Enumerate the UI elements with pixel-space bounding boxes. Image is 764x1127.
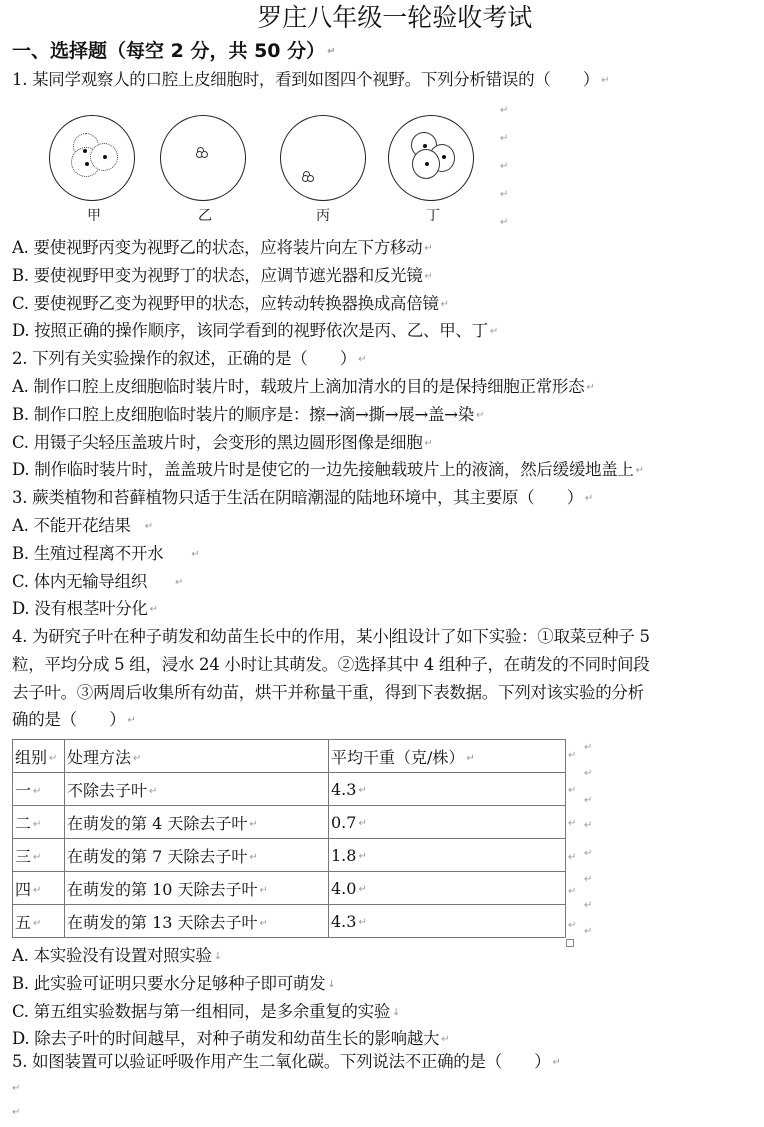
- paragraph-mark-icon: ↵: [500, 217, 508, 228]
- paragraph-mark-icon: ↵: [584, 900, 592, 911]
- table-header-row: 组别↵ 处理方法↵ 平均干重（克/株）↵: [13, 740, 566, 773]
- paragraph-mark-icon: ↵: [584, 874, 592, 885]
- field-label-ding: 丁: [426, 205, 440, 225]
- paragraph-mark-icon: ↵: [584, 820, 592, 831]
- question-3-stem: 3. 蕨类植物和苔藓植物只适于生活在阴暗潮湿的陆地环境中，其主要原（ ）↵: [12, 486, 593, 511]
- table-cell: 一↵: [13, 773, 65, 806]
- table-cell: 不除去子叶↵: [65, 773, 329, 806]
- paragraph-mark-icon: ↵: [584, 742, 592, 753]
- paragraph-mark-icon: ↵: [145, 521, 153, 532]
- field-yi: [160, 115, 246, 201]
- question-4-option-c: C. 第五组实验数据与第一组相同，是多余重复的实验↓: [12, 1000, 400, 1025]
- field-bing: [280, 115, 366, 201]
- section-heading: 一、选择题（每空 2 分，共 50 分）↵: [12, 38, 336, 65]
- paragraph-mark-icon: ↵: [586, 382, 594, 393]
- paragraph-mark-icon: ↵: [127, 715, 135, 726]
- table-row: 五↵ 在萌发的第 13 天除去子叶↵ 4.3↵: [13, 905, 566, 938]
- paragraph-mark-icon: ↵: [500, 161, 508, 172]
- table-cell: 4.3↵: [329, 773, 566, 806]
- paragraph-mark-icon: ↵: [358, 354, 366, 365]
- paragraph-mark-icon: ↵: [584, 926, 592, 937]
- paragraph-mark-icon: ↵: [424, 243, 432, 254]
- question-2-option-b: B. 制作口腔上皮细胞临时装片的顺序是：擦→滴→撕→展→盖→染↵: [12, 403, 484, 428]
- experiment-data-table: 组别↵ 处理方法↵ 平均干重（克/株）↵ 一↵ 不除去子叶↵ 4.3↵ 二↵ 在…: [12, 739, 566, 938]
- paragraph-mark-icon: ↵: [568, 852, 576, 863]
- table-cell: 四↵: [13, 872, 65, 905]
- table-header-cell: 平均干重（克/株）↵: [329, 740, 566, 773]
- microscope-fields-figure: 甲 乙 丙 丁: [40, 108, 480, 226]
- paragraph-mark-icon: ↵: [12, 1107, 20, 1118]
- paragraph-mark-icon: ↵: [636, 465, 644, 476]
- paragraph-mark-icon: ↵: [568, 785, 576, 796]
- paragraph-mark-icon: ↵: [424, 438, 432, 449]
- question-4-stem-line-3: 去子叶。③两周后收集所有幼苗，烘干并称量干重，得到下表数据。下列对该实验的分析: [12, 681, 644, 705]
- table-cell: 五↵: [13, 905, 65, 938]
- question-3-option-c: C. 体内无输导组织↵: [12, 570, 183, 595]
- table-header-cell: 组别↵: [13, 740, 65, 773]
- table-cell: 二↵: [13, 806, 65, 839]
- paragraph-mark-icon: ↵: [12, 1083, 20, 1094]
- paragraph-mark-icon: ↵: [441, 299, 449, 310]
- question-1-option-a: A. 要使视野丙变为视野乙的状态，应将装片向左下方移动↵: [12, 236, 432, 261]
- table-cell: 三↵: [13, 839, 65, 872]
- paragraph-mark-icon: ↵: [568, 920, 576, 931]
- question-4-stem-line-1: 4. 为研究子叶在种子萌发和幼苗生长中的作用，某小组设计了如下实验：①取菜豆种子…: [12, 625, 650, 649]
- table-cell: 4.3↵: [329, 905, 566, 938]
- paragraph-mark-icon: ↵: [327, 46, 335, 57]
- table-row: 一↵ 不除去子叶↵ 4.3↵: [13, 773, 566, 806]
- paragraph-mark-icon: ↵: [191, 549, 199, 560]
- question-2-option-d: D. 制作临时装片时，盖盖玻片时是使它的一边先接触载玻片上的液滴，然后缓缓地盖上…: [12, 458, 644, 483]
- paragraph-mark-icon: ↵: [553, 1057, 561, 1068]
- paragraph-mark-icon: ↵: [500, 105, 508, 116]
- paragraph-mark-icon: ↵: [568, 750, 576, 761]
- paragraph-mark-icon: ↵: [476, 410, 484, 421]
- field-jia: [49, 115, 135, 201]
- paragraph-mark-icon: ↵: [150, 604, 158, 615]
- paragraph-mark-icon: ↵: [441, 1034, 449, 1045]
- question-4-option-a: A. 本实验没有设置对照实验↓: [12, 944, 222, 969]
- table-row: 二↵ 在萌发的第 4 天除去子叶↵ 0.7↵: [13, 806, 566, 839]
- table-cell: 在萌发的第 4 天除去子叶↵: [65, 806, 329, 839]
- text-cursor: [390, 628, 391, 648]
- question-1-option-b: B. 要使视野甲变为视野丁的状态，应调节遮光器和反光镜↵: [12, 264, 433, 289]
- question-2-stem: 2. 下列有关实验操作的叙述，正确的是（ ）↵: [12, 347, 366, 372]
- table-cell: 在萌发的第 10 天除去子叶↵: [65, 872, 329, 905]
- table-cell: 4.0↵: [329, 872, 566, 905]
- paragraph-mark-icon: ↵: [584, 848, 592, 859]
- question-3-option-a: A. 不能开花结果↵: [12, 514, 153, 539]
- paragraph-mark-icon: ↵: [500, 189, 508, 200]
- question-1-stem: 1. 某同学观察人的口腔上皮细胞时，看到如图四个视野。下列分析错误的（ ）↵: [12, 68, 609, 93]
- table-cell: 0.7↵: [329, 806, 566, 839]
- field-label-bing: 丙: [316, 205, 330, 225]
- paragraph-mark-icon: ↵: [584, 795, 592, 806]
- field-ding: [388, 115, 474, 201]
- table-cell: 1.8↵: [329, 839, 566, 872]
- table-cell: 在萌发的第 13 天除去子叶↵: [65, 905, 329, 938]
- table-header-cell: 处理方法↵: [65, 740, 329, 773]
- question-2-option-c: C. 用镊子尖轻压盖玻片时，会变形的黑边圆形图像是细胞↵: [12, 431, 433, 456]
- question-4-option-d: D. 除去子叶的时间越早，对种子萌发和幼苗生长的影响越大↵: [12, 1027, 449, 1052]
- question-3-option-b: B. 生殖过程离不开水↵: [12, 542, 199, 567]
- paragraph-mark-icon: ↵: [490, 326, 498, 337]
- question-1-option-c: C. 要使视野乙变为视野甲的状态，应转动转换器换成高倍镜↵: [12, 292, 449, 317]
- table-row: 三↵ 在萌发的第 7 天除去子叶↵ 1.8↵: [13, 839, 566, 872]
- document-title: 罗庄八年级一轮验收考试↵: [0, 2, 764, 35]
- question-5-stem: 5. 如图装置可以验证呼吸作用产生二氧化碳。下列说法不正确的是（ ）↵: [12, 1050, 561, 1075]
- paragraph-mark-icon: ↵: [500, 133, 508, 144]
- question-3-option-d: D. 没有根茎叶分化↵: [12, 597, 158, 622]
- question-4-stem-line-2: 粒，平均分成 5 组，浸水 24 小时让其萌发。②选择其中 4 组种子，在萌发的…: [12, 653, 649, 677]
- paragraph-mark-icon: ↵: [585, 493, 593, 504]
- table-row: 四↵ 在萌发的第 10 天除去子叶↵ 4.0↵: [13, 872, 566, 905]
- paragraph-mark-icon: ↵: [601, 75, 609, 86]
- paragraph-mark-icon: ↵: [584, 768, 592, 779]
- paragraph-mark-icon: ↵: [425, 271, 433, 282]
- paragraph-mark-icon: ↵: [175, 577, 183, 588]
- table-cell: 在萌发的第 7 天除去子叶↵: [65, 839, 329, 872]
- question-2-option-a: A. 制作口腔上皮细胞临时装片时，载玻片上滴加清水的目的是保持细胞正常形态↵: [12, 375, 594, 400]
- question-4-option-b: B. 此实验可证明只要水分足够种子即可萌发↓: [12, 972, 335, 997]
- question-1-option-d: D. 按照正确的操作顺序，该同学看到的视野依次是丙、乙、甲、丁↵: [12, 319, 498, 344]
- question-4-stem-line-4: 确的是（ ）↵: [12, 708, 136, 733]
- field-label-jia: 甲: [87, 205, 101, 225]
- paragraph-mark-icon: ↵: [568, 886, 576, 897]
- paragraph-mark-icon: ↵: [568, 818, 576, 829]
- field-label-yi: 乙: [198, 205, 212, 225]
- table-resize-handle[interactable]: [566, 939, 574, 947]
